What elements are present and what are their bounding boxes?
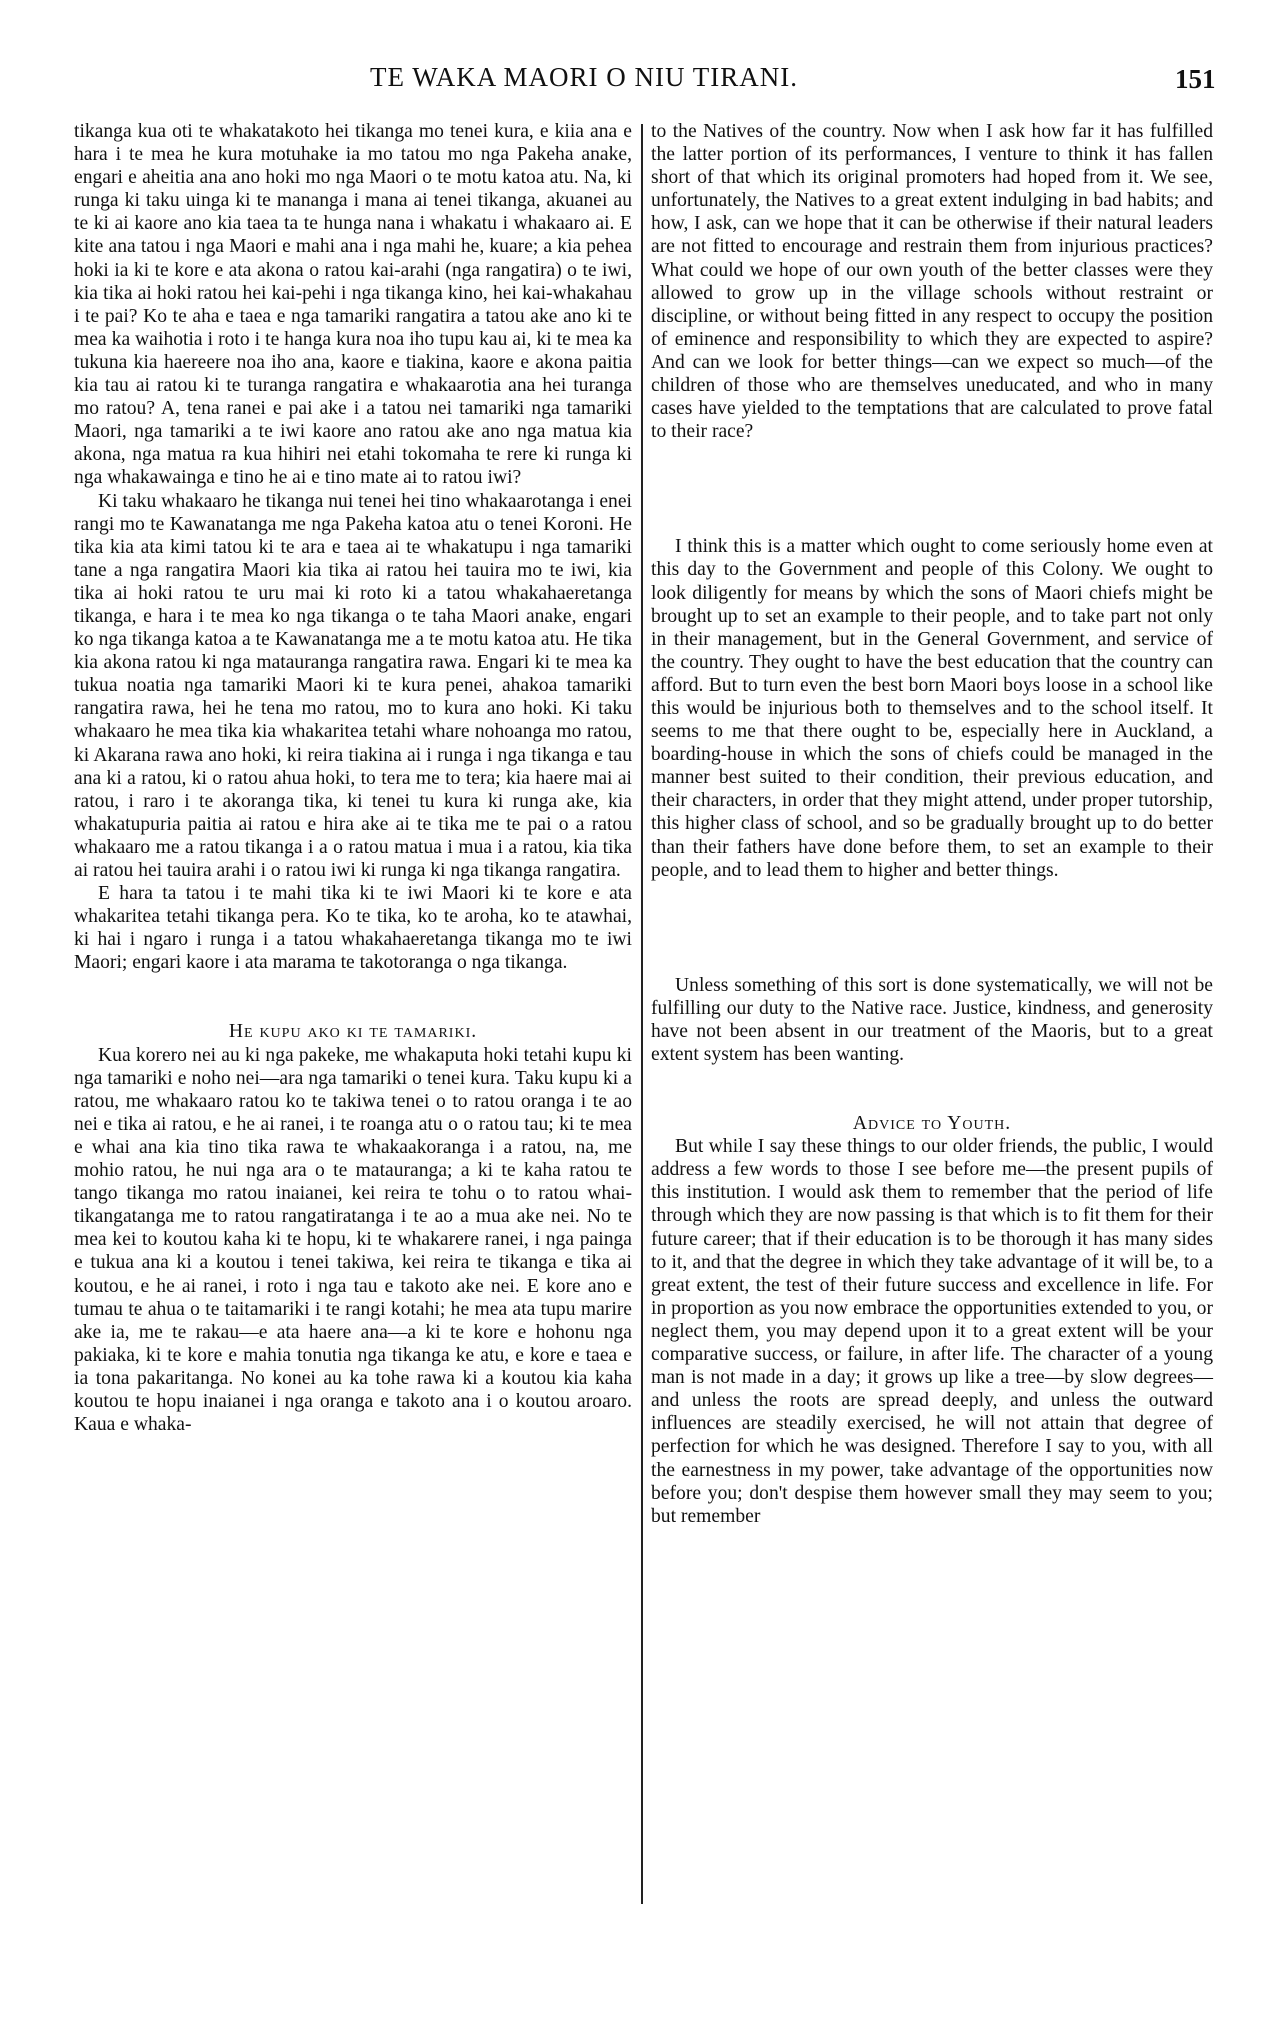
spacer <box>74 974 632 1020</box>
spacer <box>651 882 1213 974</box>
spacer <box>651 443 1213 535</box>
section-heading: He kupu ako ki te tamariki. <box>74 1020 632 1043</box>
paragraph: But while I say these things to our olde… <box>651 1135 1213 1528</box>
section-heading: Advice to Youth. <box>651 1112 1213 1135</box>
paragraph: Ki taku whakaaro he tikanga nui tenei he… <box>74 490 632 883</box>
column-divider <box>641 124 643 1904</box>
paragraph: E hara ta tatou i te mahi tika ki te iwi… <box>74 882 632 974</box>
paragraph: Kua korero nei au ki nga pakeke, me whak… <box>74 1044 632 1437</box>
paragraph: I think this is a matter which ought to … <box>651 535 1213 881</box>
left-column-maori: tikanga kua oti te whakatakoto hei tikan… <box>74 120 632 1436</box>
paragraph: Unless something of this sort is done sy… <box>651 974 1213 1066</box>
spacer <box>651 1066 1213 1112</box>
newspaper-title: TE WAKA MAORI O NIU TIRANI. <box>370 62 798 93</box>
paragraph: to the Natives of the country. Now when … <box>651 120 1213 443</box>
page-header: TE WAKA MAORI O NIU TIRANI. 151 <box>0 62 1280 102</box>
paragraph: tikanga kua oti te whakatakoto hei tikan… <box>74 120 632 490</box>
right-column-english: to the Natives of the country. Now when … <box>651 120 1213 1528</box>
page-number: 151 <box>1175 64 1216 95</box>
